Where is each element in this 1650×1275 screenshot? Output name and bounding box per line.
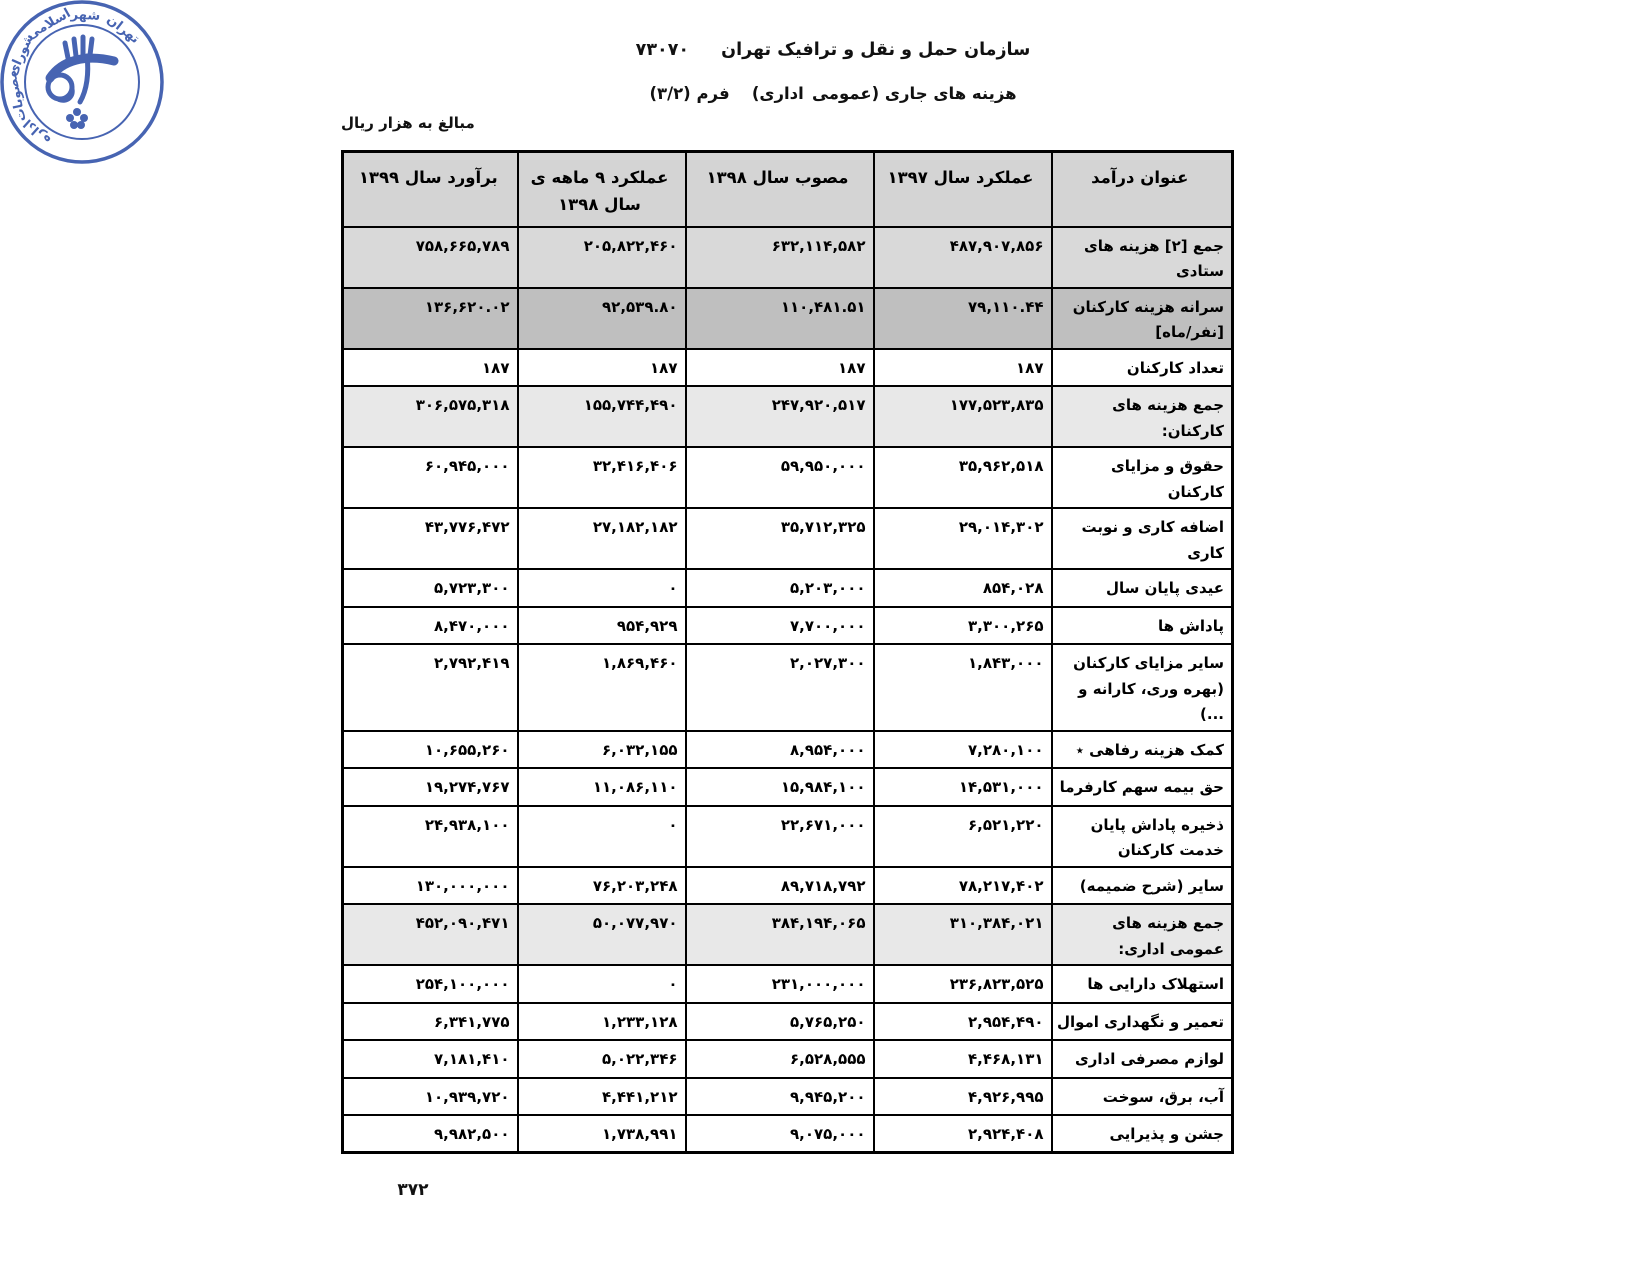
- approved-1398-cell: ۹,۰۷۵,۰۰۰: [686, 1115, 874, 1153]
- stamp-inner-ring: [25, 25, 139, 139]
- table-row: کمک هزینه رفاهی ٭ ۷,۲۸۰,۱۰۰ ۸,۹۵۴,۰۰۰ ۶,…: [343, 731, 1233, 769]
- stamp-seal: ادارهمصوباتشورایاسلامیشهرتهران: [0, 0, 180, 174]
- estimate-1399-cell: ۱۳۶,۶۲۰.۰۲: [343, 288, 518, 349]
- row-label-cell: سرانه هزینه کارکنان [نفر/ماه]: [1052, 288, 1233, 349]
- approved-1398-cell: ۵۹,۹۵۰,۰۰۰: [686, 447, 874, 508]
- budget-table-head: عنوان درآمد عملکرد سال ۱۳۹۷ مصوب سال ۱۳۹…: [343, 152, 1233, 227]
- table-row: لوازم مصرفی اداری ۴,۴۶۸,۱۳۱ ۶,۵۲۸,۵۵۵ ۵,…: [343, 1040, 1233, 1078]
- perf-1397-cell: ۲,۹۲۴,۴۰۸: [874, 1115, 1052, 1153]
- row-label-cell: اضافه کاری و نوبت کاری: [1052, 508, 1233, 569]
- approved-1398-cell: ۵,۷۶۵,۲۵۰: [686, 1003, 874, 1041]
- perf-1397-cell: ۶,۵۲۱,۲۲۰: [874, 806, 1052, 867]
- row-label-cell: جشن و پذیرایی: [1052, 1115, 1233, 1153]
- estimate-1399-cell: ۷,۱۸۱,۴۱۰: [343, 1040, 518, 1078]
- svg-text:شهر: شهر: [69, 7, 100, 24]
- header-row: عنوان درآمد عملکرد سال ۱۳۹۷ مصوب سال ۱۳۹…: [343, 152, 1233, 227]
- row-label-cell: تعداد کارکنان: [1052, 349, 1233, 387]
- approved-1398-cell: ۶۳۲,۱۱۴,۵۸۲: [686, 227, 874, 288]
- approved-1398-cell: ۱۸۷: [686, 349, 874, 387]
- estimate-1399-cell: ۶۰,۹۴۵,۰۰۰: [343, 447, 518, 508]
- svg-text:مصوبات: مصوبات: [4, 69, 29, 123]
- perf-9m-1398-cell: ۱۵۵,۷۴۴,۴۹۰: [518, 386, 686, 447]
- org-code: ۷۳۰۷۰: [636, 40, 689, 60]
- perf-9m-1398-cell: ۱,۷۳۸,۹۹۱: [518, 1115, 686, 1153]
- estimate-1399-cell: ۶,۳۴۱,۷۷۵: [343, 1003, 518, 1041]
- perf-9m-1398-cell: ۳۲,۴۱۶,۴۰۶: [518, 447, 686, 508]
- estimate-1399-cell: ۱۰,۶۵۵,۲۶۰: [343, 731, 518, 769]
- estimate-1399-cell: ۵,۷۲۳,۳۰۰: [343, 569, 518, 607]
- table-row: استهلاک دارایی ها ۲۳۶,۸۲۳,۵۲۵ ۲۳۱,۰۰۰,۰۰…: [343, 965, 1233, 1003]
- perf-1397-cell: ۳,۳۰۰,۲۶۵: [874, 607, 1052, 645]
- table-row: آب، برق، سوخت ۴,۹۲۶,۹۹۵ ۹,۹۴۵,۲۰۰ ۴,۴۴۱,…: [343, 1078, 1233, 1116]
- perf-9m-1398-cell: ۹۵۴,۹۲۹: [518, 607, 686, 645]
- estimate-1399-cell: ۲۵۴,۱۰۰,۰۰۰: [343, 965, 518, 1003]
- perf-9m-1398-cell: ۱۱,۰۸۶,۱۱۰: [518, 768, 686, 806]
- perf-1397-cell: ۱۴,۵۳۱,۰۰۰: [874, 768, 1052, 806]
- row-label-cell: لوازم مصرفی اداری: [1052, 1040, 1233, 1078]
- approved-1398-cell: ۸۹,۷۱۸,۷۹۲: [686, 867, 874, 905]
- column-header-title: عنوان درآمد: [1052, 152, 1233, 227]
- perf-9m-1398-cell: ۱,۲۳۳,۱۲۸: [518, 1003, 686, 1041]
- table-row: جشن و پذیرایی ۲,۹۲۴,۴۰۸ ۹,۰۷۵,۰۰۰ ۱,۷۳۸,…: [343, 1115, 1233, 1153]
- page-number: ۳۷۲: [378, 1180, 448, 1200]
- estimate-1399-cell: ۲,۷۹۲,۴۱۹: [343, 644, 518, 731]
- perf-9m-1398-cell: ۵۰,۰۷۷,۹۷۰: [518, 904, 686, 965]
- perf-9m-1398-cell: ۰: [518, 806, 686, 867]
- estimate-1399-cell: ۷۵۸,۶۶۵,۷۸۹: [343, 227, 518, 288]
- row-label-cell: تعمیر و نگهداری اموال: [1052, 1003, 1233, 1041]
- row-label-cell: سایر مزایای کارکنان (بهره وری، کارانه و …: [1052, 644, 1233, 731]
- row-label-cell: پاداش ها: [1052, 607, 1233, 645]
- svg-text:تهران: تهران: [104, 12, 142, 47]
- row-label-cell: حقوق و مزایای کارکنان: [1052, 447, 1233, 508]
- approved-1398-cell: ۶,۵۲۸,۵۵۵: [686, 1040, 874, 1078]
- table-row: سایر مزایای کارکنان (بهره وری، کارانه و …: [343, 644, 1233, 731]
- budget-table-body: جمع [۲] هزینه های ستادی ۴۸۷,۹۰۷,۸۵۶ ۶۳۲,…: [343, 227, 1233, 1153]
- row-label-cell: ذخیره پاداش پایان خدمت کارکنان: [1052, 806, 1233, 867]
- form-title-line: هزینه های جاری (عمومی اداری) فرم (۳/۲): [533, 84, 1133, 103]
- svg-text:اسلامی: اسلامی: [24, 6, 73, 43]
- perf-9m-1398-cell: ۴,۴۴۱,۲۱۲: [518, 1078, 686, 1116]
- approved-1398-cell: ۸,۹۵۴,۰۰۰: [686, 731, 874, 769]
- approved-1398-cell: ۲,۰۲۷,۳۰۰: [686, 644, 874, 731]
- perf-1397-cell: ۷۹,۱۱۰.۴۴: [874, 288, 1052, 349]
- perf-1397-cell: ۲۹,۰۱۴,۳۰۲: [874, 508, 1052, 569]
- column-header-estimate-1399: برآورد سال ۱۳۹۹: [343, 152, 518, 227]
- perf-9m-1398-cell: ۵,۰۲۲,۳۴۶: [518, 1040, 686, 1078]
- table-row: جمع هزینه های کارکنان: ۱۷۷,۵۲۳,۸۳۵ ۲۴۷,۹…: [343, 386, 1233, 447]
- perf-9m-1398-cell: ۲۰۵,۸۲۲,۴۶۰: [518, 227, 686, 288]
- estimate-1399-cell: ۴۵۲,۰۹۰,۴۷۱: [343, 904, 518, 965]
- perf-1397-cell: ۲,۹۵۴,۴۹۰: [874, 1003, 1052, 1041]
- approved-1398-cell: ۳۵,۷۱۲,۳۲۵: [686, 508, 874, 569]
- perf-9m-1398-cell: ۰: [518, 965, 686, 1003]
- table-row: حق بیمه سهم کارفرما ۱۴,۵۳۱,۰۰۰ ۱۵,۹۸۴,۱۰…: [343, 768, 1233, 806]
- approved-1398-cell: ۹,۹۴۵,۲۰۰: [686, 1078, 874, 1116]
- table-row: تعمیر و نگهداری اموال ۲,۹۵۴,۴۹۰ ۵,۷۶۵,۲۵…: [343, 1003, 1233, 1041]
- table-row: جمع هزینه های عمومی اداری: ۳۱۰,۳۸۴,۰۲۱ ۳…: [343, 904, 1233, 965]
- row-label-cell: جمع هزینه های عمومی اداری:: [1052, 904, 1233, 965]
- perf-9m-1398-cell: ۲۷,۱۸۲,۱۸۲: [518, 508, 686, 569]
- estimate-1399-cell: ۸,۴۷۰,۰۰۰: [343, 607, 518, 645]
- perf-9m-1398-cell: ۱۸۷: [518, 349, 686, 387]
- approved-1398-cell: ۲۳۱,۰۰۰,۰۰۰: [686, 965, 874, 1003]
- table-row: اضافه کاری و نوبت کاری ۲۹,۰۱۴,۳۰۲ ۳۵,۷۱۲…: [343, 508, 1233, 569]
- svg-text:اداره: اداره: [21, 116, 54, 148]
- perf-9m-1398-cell: ۷۶,۲۰۳,۲۴۸: [518, 867, 686, 905]
- estimate-1399-cell: ۳۰۶,۵۷۵,۳۱۸: [343, 386, 518, 447]
- estimate-1399-cell: ۱۰,۹۳۹,۷۲۰: [343, 1078, 518, 1116]
- table-row: سرانه هزینه کارکنان [نفر/ماه] ۷۹,۱۱۰.۴۴ …: [343, 288, 1233, 349]
- perf-1397-cell: ۳۱۰,۳۸۴,۰۲۱: [874, 904, 1052, 965]
- perf-9m-1398-cell: ۹۲,۵۳۹.۸۰: [518, 288, 686, 349]
- column-header-approved-1398: مصوب سال ۱۳۹۸: [686, 152, 874, 227]
- perf-9m-1398-cell: ۰: [518, 569, 686, 607]
- table-row: سایر (شرح ضمیمه) ۷۸,۲۱۷,۴۰۲ ۸۹,۷۱۸,۷۹۲ ۷…: [343, 867, 1233, 905]
- approved-1398-cell: ۱۵,۹۸۴,۱۰۰: [686, 768, 874, 806]
- table-row: پاداش ها ۳,۳۰۰,۲۶۵ ۷,۷۰۰,۰۰۰ ۹۵۴,۹۲۹ ۸,۴…: [343, 607, 1233, 645]
- approved-1398-cell: ۵,۲۰۳,۰۰۰: [686, 569, 874, 607]
- row-label-cell: استهلاک دارایی ها: [1052, 965, 1233, 1003]
- estimate-1399-cell: ۹,۹۸۲,۵۰۰: [343, 1115, 518, 1153]
- row-label-cell: سایر (شرح ضمیمه): [1052, 867, 1233, 905]
- row-label-cell: جمع [۲] هزینه های ستادی: [1052, 227, 1233, 288]
- stamp-ring-text: ادارهمصوباتشورایاسلامیشهرتهران: [4, 6, 142, 147]
- estimate-1399-cell: ۴۳,۷۷۶,۴۷۲: [343, 508, 518, 569]
- hand-emblem-icon: [48, 37, 114, 129]
- row-label-cell: حق بیمه سهم کارفرما: [1052, 768, 1233, 806]
- row-label-cell: جمع هزینه های کارکنان:: [1052, 386, 1233, 447]
- column-header-perf-1397: عملکرد سال ۱۳۹۷: [874, 152, 1052, 227]
- perf-1397-cell: ۷,۲۸۰,۱۰۰: [874, 731, 1052, 769]
- perf-9m-1398-cell: ۶,۰۳۲,۱۵۵: [518, 731, 686, 769]
- perf-1397-cell: ۷۸,۲۱۷,۴۰۲: [874, 867, 1052, 905]
- perf-1397-cell: ۱,۸۴۳,۰۰۰: [874, 644, 1052, 731]
- svg-text:شورای: شورای: [5, 31, 37, 78]
- perf-1397-cell: ۲۳۶,۸۲۳,۵۲۵: [874, 965, 1052, 1003]
- org-name: سازمان حمل و نقل و ترافیک تهران: [721, 40, 1030, 60]
- table-row: عیدی پایان سال ۸۵۴,۰۲۸ ۵,۲۰۳,۰۰۰ ۰ ۵,۷۲۳…: [343, 569, 1233, 607]
- perf-1397-cell: ۱۷۷,۵۲۳,۸۳۵: [874, 386, 1052, 447]
- perf-1397-cell: ۴۸۷,۹۰۷,۸۵۶: [874, 227, 1052, 288]
- estimate-1399-cell: ۲۴,۹۳۸,۱۰۰: [343, 806, 518, 867]
- table-row: تعداد کارکنان ۱۸۷ ۱۸۷ ۱۸۷ ۱۸۷: [343, 349, 1233, 387]
- table-row: حقوق و مزایای کارکنان ۳۵,۹۶۲,۵۱۸ ۵۹,۹۵۰,…: [343, 447, 1233, 508]
- column-header-perf-9m-1398: عملکرد ۹ ماهه ی سال ۱۳۹۸: [518, 152, 686, 227]
- row-label-cell: آب، برق، سوخت: [1052, 1078, 1233, 1116]
- perf-1397-cell: ۴,۹۲۶,۹۹۵: [874, 1078, 1052, 1116]
- perf-1397-cell: ۴,۴۶۸,۱۳۱: [874, 1040, 1052, 1078]
- approved-1398-cell: ۲۴۷,۹۲۰,۵۱۷: [686, 386, 874, 447]
- unit-note: مبالغ به هزار ریال: [341, 114, 475, 132]
- document-page: ادارهمصوباتشورایاسلامیشهرتهران: [0, 0, 1650, 1275]
- row-label-cell: کمک هزینه رفاهی ٭: [1052, 731, 1233, 769]
- perf-9m-1398-cell: ۱,۸۶۹,۴۶۰: [518, 644, 686, 731]
- approved-1398-cell: ۱۱۰,۴۸۱.۵۱: [686, 288, 874, 349]
- table-row: ذخیره پاداش پایان خدمت کارکنان ۶,۵۲۱,۲۲۰…: [343, 806, 1233, 867]
- perf-1397-cell: ۸۵۴,۰۲۸: [874, 569, 1052, 607]
- approved-1398-cell: ۷,۷۰۰,۰۰۰: [686, 607, 874, 645]
- estimate-1399-cell: ۱۹,۲۷۴,۷۶۷: [343, 768, 518, 806]
- perf-1397-cell: ۳۵,۹۶۲,۵۱۸: [874, 447, 1052, 508]
- org-title-line: سازمان حمل و نقل و ترافیک تهران ۷۳۰۷۰: [533, 40, 1133, 60]
- approved-1398-cell: ۲۲,۶۷۱,۰۰۰: [686, 806, 874, 867]
- estimate-1399-cell: ۱۸۷: [343, 349, 518, 387]
- table-row: جمع [۲] هزینه های ستادی ۴۸۷,۹۰۷,۸۵۶ ۶۳۲,…: [343, 227, 1233, 288]
- row-label-cell: عیدی پایان سال: [1052, 569, 1233, 607]
- approved-1398-cell: ۳۸۴,۱۹۴,۰۶۵: [686, 904, 874, 965]
- estimate-1399-cell: ۱۳۰,۰۰۰,۰۰۰: [343, 867, 518, 905]
- budget-table: عنوان درآمد عملکرد سال ۱۳۹۷ مصوب سال ۱۳۹…: [341, 150, 1234, 1154]
- stamp-outer-ring: [2, 2, 162, 162]
- perf-1397-cell: ۱۸۷: [874, 349, 1052, 387]
